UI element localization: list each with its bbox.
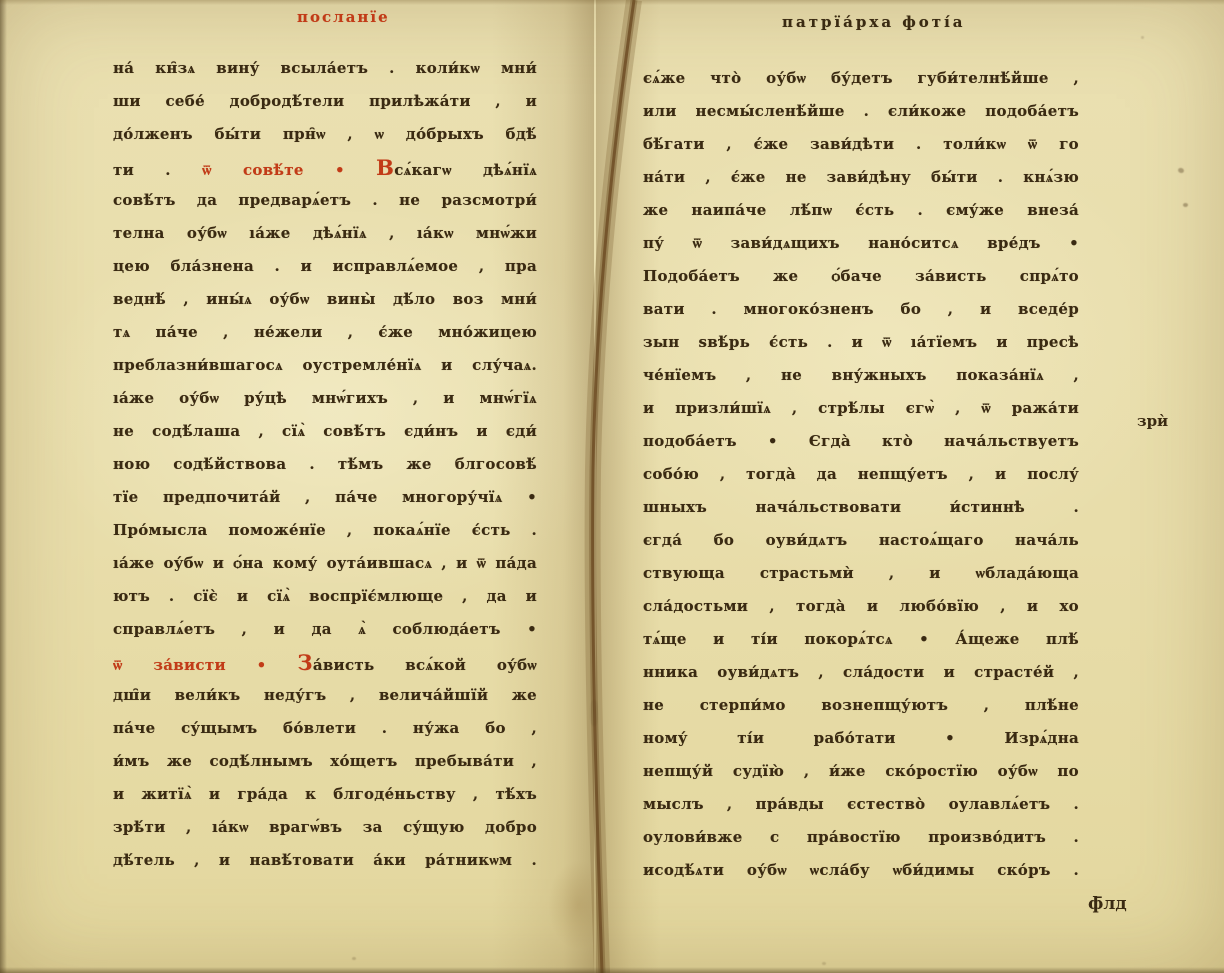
text-line: не стерпи́мо вознепщу́ютъ , плѣ́не: [643, 689, 1079, 722]
text-line: зрѣ́ти , ıа́кѡ врагѡ́въ за су́щую добро: [113, 811, 537, 844]
text-line: сла́достьми , тогда̀ и любо́вїю , и хо: [643, 590, 1079, 623]
body-text: на́ти , є́же не зави́дѣну бы́ти . кнѧ́зю: [643, 168, 1079, 186]
body-text: дш̑и вели́къ неду́гъ , велича́йшїй же: [113, 686, 537, 704]
body-text: на́ кн̑зѧ вину́ всыла́етъ . коли́кѡ мни́: [113, 59, 537, 77]
text-line: совѣ́тъ да предварѧ́етъ . не разсмотри́: [113, 184, 537, 217]
text-line: веднѣ́ , ины́ѧ оу́бѡ вины̀ дѣ́ло воз мни…: [113, 283, 537, 316]
body-text: Про́мысла поможе́нїе , покаѧ́нїе є́сть .: [113, 521, 537, 539]
text-line: и житїѧ̀ и гра́да к блгоде́ньству , тѣ́х…: [113, 778, 537, 811]
gutter-stain: [548, 860, 608, 950]
book-spread: посланїе патрїа́рха фоті́а на́ кн̑зѧ вин…: [0, 0, 1224, 973]
text-line: ною содѣ́йствова . тѣ́мъ же блгосовѣ́: [113, 448, 537, 481]
body-text: ıа́же оу́бѡ ру́цѣ мнѡ́гихъ , и мнѡ́гїѧ: [113, 389, 537, 407]
body-text: оулови́вже с пра́востїю произво́дитъ .: [643, 828, 1079, 846]
running-header-right: патрїа́рха фоті́а: [782, 13, 966, 31]
body-text: телна оу́бѡ ıа́же дѣѧ́нїѧ , ıа́кѡ мнѡ́жи: [113, 224, 537, 242]
text-line: и́мъ же содѣ́лнымъ хо́щетъ пребыва́ти ,: [113, 745, 537, 778]
body-text: же наипа́че лѣ́пѡ є́сть . єму́же внеза́: [643, 201, 1079, 219]
text-line: исодѣ́ѧти оу́бѡ ѡсла́бу ѡби́димы ско́ръ …: [643, 854, 1079, 887]
text-line: ѿ за́висти • За́висть всѧ́кой оу́бѡ: [113, 646, 537, 679]
body-text: сла́достьми , тогда̀ и любо́вїю , и хо: [643, 597, 1079, 615]
text-line: єѧ́же что̀ оу́бѡ бу́детъ губи́телнѣ́йше …: [643, 62, 1079, 95]
body-text: дѣ́тель , и навѣ́товати а́ки ра́тникѡм .: [113, 851, 537, 869]
body-text: ши себе́ добродѣ́тели прилѣжа́ти , и: [113, 92, 537, 110]
body-text: зын ѕвѣ́рь є́сть . и ѿ ıа́тїемъ и пресѣ: [643, 333, 1079, 351]
margin-note: зрѝ: [1137, 412, 1168, 430]
text-line: ному́ ті́и рабо́тати • Изрѧ́дна: [643, 722, 1079, 755]
text-line: цею бла́знена . и исправлѧ́емое , пра: [113, 250, 537, 283]
text-line: дш̑и вели́къ неду́гъ , велича́йшїй же: [113, 679, 537, 712]
body-text: ному́ ті́и рабо́тати • Изрѧ́дна: [643, 729, 1079, 747]
rubric-text: ѿ совѣ́те •: [202, 161, 376, 179]
ink-speck: [822, 962, 826, 965]
body-text: цею бла́знена . и исправлѧ́емое , пра: [113, 257, 537, 275]
body-text: ıа́же оу́бѡ и ѻ́на кому́ оута́ившасѧ , и…: [113, 554, 537, 572]
body-text: непщу́й судїю̀ , и́же ско́ростїю оу́бѡ п…: [643, 762, 1079, 780]
text-line: преблазни́вшагосѧ оустремле́нїѧ и слу́ча…: [113, 349, 537, 382]
text-line: тѧ́ще и ті́и покорѧ́тсѧ • А́щеже плѣ́: [643, 623, 1079, 656]
ink-speck: [352, 957, 356, 960]
body-text: преблазни́вшагосѧ оустремле́нїѧ и слу́ча…: [113, 356, 537, 374]
body-text: ти .: [113, 161, 202, 179]
text-line: че́нїемъ , не вну́жныхъ показа́нїѧ ,: [643, 359, 1079, 392]
body-text: шныхъ нача́льствовати и́стиннѣ .: [643, 498, 1079, 516]
body-text: зрѣ́ти , ıа́кѡ врагѡ́въ за су́щую добро: [113, 818, 537, 836]
text-line: шныхъ нача́льствовати и́стиннѣ .: [643, 491, 1079, 524]
rubric-text: ѿ за́висти •: [113, 656, 297, 674]
body-text: па́че су́щымъ бо́влети . ну́жа бо ,: [113, 719, 537, 737]
text-line: дѣ́тель , и навѣ́товати а́ки ра́тникѡм .: [113, 844, 537, 877]
text-line: бѣ́гати , є́же зави́дѣти . толи́кѡ ѿ го: [643, 128, 1079, 161]
body-text: тїе предпочита́й , па́че многору́чїѧ •: [113, 488, 537, 506]
body-text: а́висть всѧ́кой оу́бѡ: [313, 656, 537, 674]
text-line: тїе предпочита́й , па́че многору́чїѧ •: [113, 481, 537, 514]
text-line: тѧ па́че , не́жели , є́же мно́жицею: [113, 316, 537, 349]
body-text: не содѣ́лаша , сїѧ̀ совѣ́тъ єди́нъ и єди…: [113, 422, 537, 440]
text-line: на́ кн̑зѧ вину́ всыла́етъ . коли́кѡ мни́: [113, 52, 537, 85]
body-text: подоба́етъ • Єгда̀ кто̀ нача́льствуетъ: [643, 432, 1079, 450]
text-line: или несмы́сленѣ́йше . єли́коже подоба́ет…: [643, 95, 1079, 128]
body-text: бѣ́гати , є́же зави́дѣти . толи́кѡ ѿ го: [643, 135, 1079, 153]
ink-speck: [1177, 167, 1184, 174]
body-text: веднѣ́ , ины́ѧ оу́бѡ вины̀ дѣ́ло воз мни…: [113, 290, 537, 308]
text-line: Подоба́етъ же ѻ́баче за́висть спрѧ́то: [643, 260, 1079, 293]
body-text: мыслъ , пра́вды єстество̀ оулавлѧ́етъ .: [643, 795, 1079, 813]
body-text: єѧ́же что̀ оу́бѡ бу́детъ губи́телнѣ́йше …: [643, 69, 1079, 87]
body-text: и призли́шїѧ , стрѣ́лы єгѡ̀ , ѿ ража́ти: [643, 399, 1079, 417]
text-line: зын ѕвѣ́рь є́сть . и ѿ ıа́тїемъ и пресѣ: [643, 326, 1079, 359]
body-text: сѧ́кагѡ дѣѧ́нїѧ: [394, 161, 537, 179]
folio-signature: ф̄лд: [1088, 894, 1127, 914]
body-text: или несмы́сленѣ́йше . єли́коже подоба́ет…: [643, 102, 1079, 120]
body-text: ствующа страстьмѝ , и ѡблада́юща: [643, 564, 1079, 582]
text-line: па́че су́щымъ бо́влети . ну́жа бо ,: [113, 712, 537, 745]
body-text: и́мъ же содѣ́лнымъ хо́щетъ пребыва́ти ,: [113, 752, 537, 770]
text-line: собо́ю , тогда̀ да непщу́етъ , и послу́: [643, 458, 1079, 491]
book-edge-top: [0, 0, 1224, 5]
body-text: ютъ . сїє̀ и сїѧ̀ воспрїє́млюще , да и: [113, 587, 537, 605]
text-line: Про́мысла поможе́нїе , покаѧ́нїе є́сть .: [113, 514, 537, 547]
ink-speck: [1183, 203, 1188, 207]
text-line: же наипа́че лѣ́пѡ є́сть . єму́же внеза́: [643, 194, 1079, 227]
text-line: не содѣ́лаша , сїѧ̀ совѣ́тъ єди́нъ и єди…: [113, 415, 537, 448]
body-text: справлѧ́етъ , и да ѧ̀ соблюда́етъ •: [113, 620, 537, 638]
body-text: Подоба́етъ же ѻ́баче за́висть спрѧ́то: [643, 267, 1079, 285]
body-text: єгда́ бо оуви́дѧтъ настоѧ́щаго нача́ль: [643, 531, 1079, 549]
ink-speck: [590, 700, 598, 726]
body-text: ною содѣ́йствова . тѣ́мъ же блгосовѣ́: [113, 455, 537, 473]
left-text-block: на́ кн̑зѧ вину́ всыла́етъ . коли́кѡ мни́…: [113, 52, 537, 877]
running-header-left: посланїе: [297, 8, 390, 26]
body-text: нника оуви́дѧтъ , сла́дости и страсте́й …: [643, 663, 1079, 681]
text-line: до́лженъ бы́ти прн̑ѡ , ѡ до́брыхъ бдѣ́: [113, 118, 537, 151]
rubric-text: В: [376, 155, 394, 180]
body-text: совѣ́тъ да предварѧ́етъ . не разсмотри́: [113, 191, 537, 209]
text-line: ютъ . сїє̀ и сїѧ̀ воспрїє́млюще , да и: [113, 580, 537, 613]
text-line: ти . ѿ совѣ́те • Всѧ́кагѡ дѣѧ́нїѧ: [113, 151, 537, 184]
text-line: справлѧ́етъ , и да ѧ̀ соблюда́етъ •: [113, 613, 537, 646]
body-text: вати . многоко́зненъ бо , и вседе́р: [643, 300, 1079, 318]
book-edge-left: [0, 0, 7, 973]
text-line: на́ти , є́же не зави́дѣну бы́ти . кнѧ́зю: [643, 161, 1079, 194]
text-line: пу́ ѿ зави́дѧщихъ нано́ситсѧ вре́дъ •: [643, 227, 1079, 260]
text-line: и призли́шїѧ , стрѣ́лы єгѡ̀ , ѿ ража́ти: [643, 392, 1079, 425]
text-line: непщу́й судїю̀ , и́же ско́ростїю оу́бѡ п…: [643, 755, 1079, 788]
text-line: єгда́ бо оуви́дѧтъ настоѧ́щаго нача́ль: [643, 524, 1079, 557]
text-line: ıа́же оу́бѡ и ѻ́на кому́ оута́ившасѧ , и…: [113, 547, 537, 580]
body-text: собо́ю , тогда̀ да непщу́етъ , и послу́: [643, 465, 1079, 483]
text-line: вати . многоко́зненъ бо , и вседе́р: [643, 293, 1079, 326]
text-line: телна оу́бѡ ıа́же дѣѧ́нїѧ , ıа́кѡ мнѡ́жи: [113, 217, 537, 250]
book-edge-bottom: [0, 967, 1224, 973]
ink-speck: [1141, 36, 1144, 39]
text-line: ıа́же оу́бѡ ру́цѣ мнѡ́гихъ , и мнѡ́гїѧ: [113, 382, 537, 415]
right-text-block: єѧ́же что̀ оу́бѡ бу́детъ губи́телнѣ́йше …: [643, 62, 1079, 887]
body-text: че́нїемъ , не вну́жныхъ показа́нїѧ ,: [643, 366, 1079, 384]
body-text: и житїѧ̀ и гра́да к блгоде́ньству , тѣ́х…: [113, 785, 537, 803]
text-line: ствующа страстьмѝ , и ѡблада́юща: [643, 557, 1079, 590]
text-line: мыслъ , пра́вды єстество̀ оулавлѧ́етъ .: [643, 788, 1079, 821]
body-text: тѧ́ще и ті́и покорѧ́тсѧ • А́щеже плѣ́: [643, 630, 1079, 648]
body-text: до́лженъ бы́ти прн̑ѡ , ѡ до́брыхъ бдѣ́: [113, 125, 537, 143]
body-text: не стерпи́мо вознепщу́ютъ , плѣ́не: [643, 696, 1079, 714]
body-text: исодѣ́ѧти оу́бѡ ѡсла́бу ѡби́димы ско́ръ …: [643, 861, 1079, 879]
rubric-text: З: [297, 650, 312, 675]
text-line: оулови́вже с пра́востїю произво́дитъ .: [643, 821, 1079, 854]
text-line: нника оуви́дѧтъ , сла́дости и страсте́й …: [643, 656, 1079, 689]
text-line: ши себе́ добродѣ́тели прилѣжа́ти , и: [113, 85, 537, 118]
text-line: подоба́етъ • Єгда̀ кто̀ нача́льствуетъ: [643, 425, 1079, 458]
body-text: тѧ па́че , не́жели , є́же мно́жицею: [113, 323, 537, 341]
body-text: пу́ ѿ зави́дѧщихъ нано́ситсѧ вре́дъ •: [643, 234, 1079, 252]
